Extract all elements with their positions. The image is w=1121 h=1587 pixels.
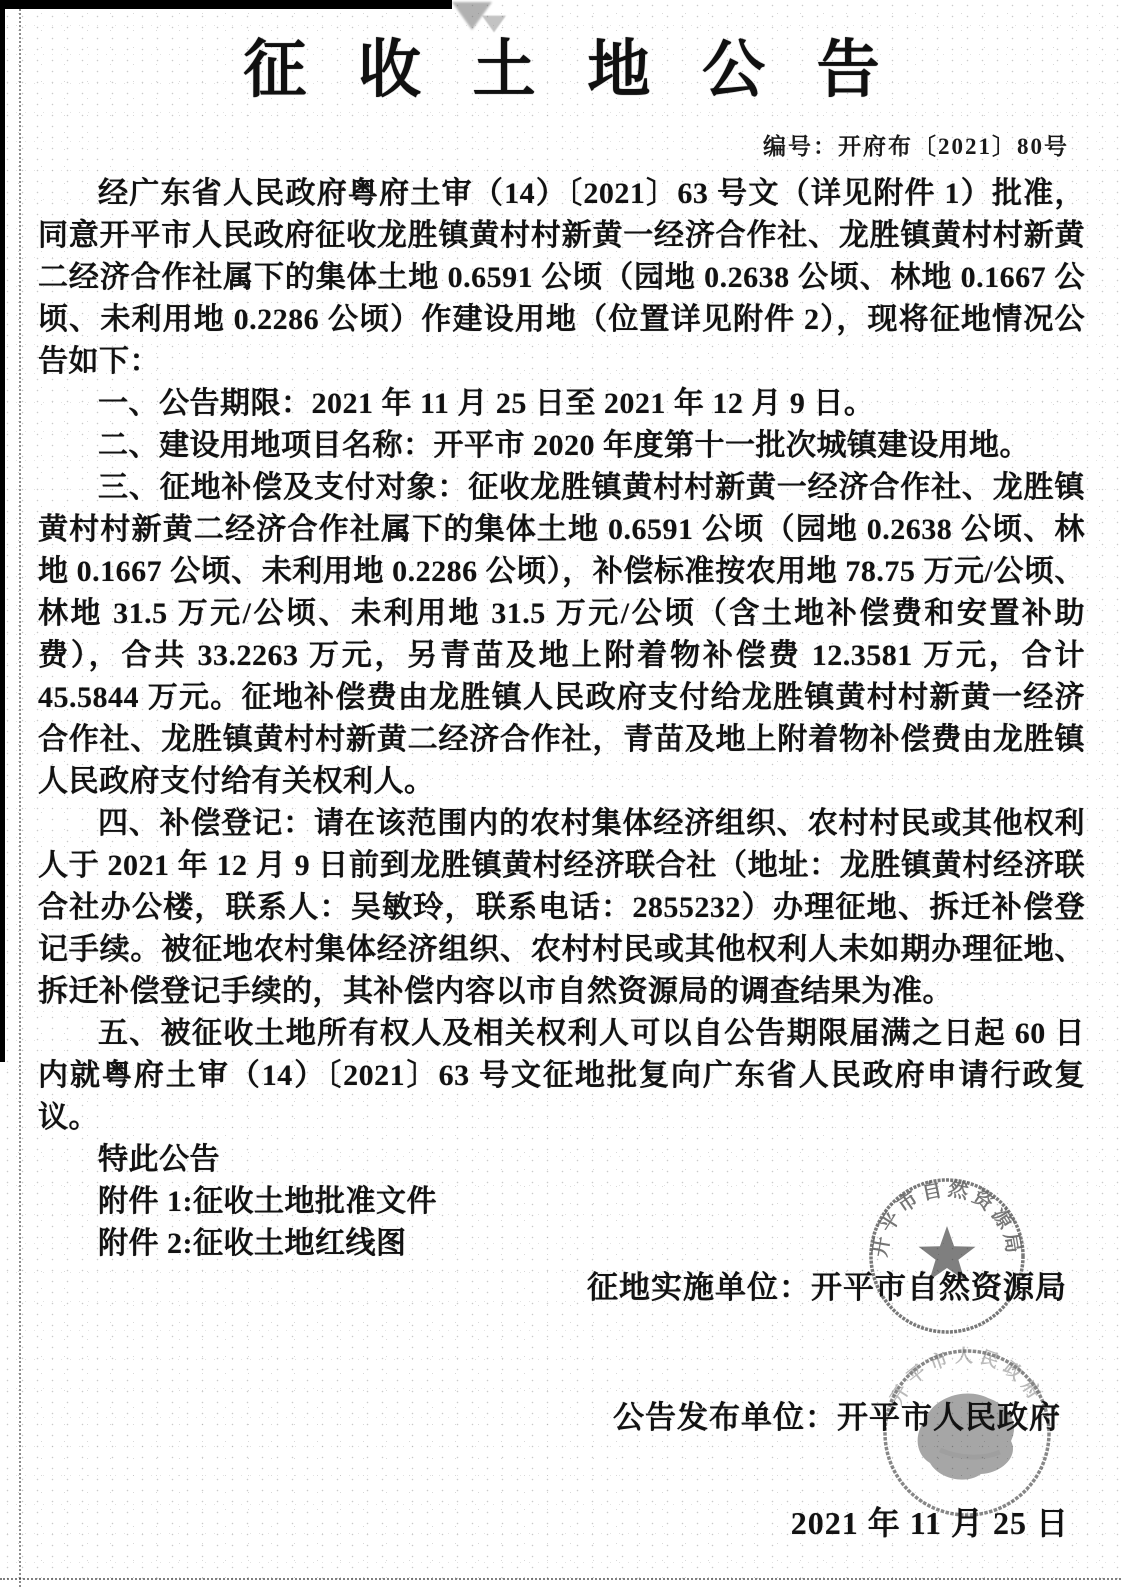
document-body: 经广东省人民政府粤府土审（14）〔2021〕63 号文（详见附件 1）批准，同意… xyxy=(38,173,1085,1265)
announcement-date: 2021 年 11 月 25 日 xyxy=(791,1498,1069,1544)
bottom-dotted-guide xyxy=(0,1578,1121,1580)
scan-edge-left-bar xyxy=(0,0,5,1062)
natural-resources-bureau-seal-icon: 开平市自然资源局 xyxy=(866,1168,1028,1346)
body-paragraph-item4: 四、补偿登记：请在该范围内的农村集体经济组织、农村村民或其他权利人于 2021 … xyxy=(38,803,1085,1013)
body-paragraph-item3: 三、征地补偿及支付对象：征收龙胜镇黄村村新黄一经济合作社、龙胜镇黄村村新黄二经济… xyxy=(38,467,1085,803)
body-paragraph-item5: 五、被征收土地所有权人及相关权利人可以自公告期限届满之日起 60 日内就粤府土审… xyxy=(38,1013,1085,1139)
scan-smudge-mark xyxy=(482,16,506,33)
body-paragraph-intro: 经广东省人民政府粤府土审（14）〔2021〕63 号文（详见附件 1）批准，同意… xyxy=(38,173,1085,383)
body-paragraph-item2: 二、建设用地项目名称：开平市 2020 年度第十一批次城镇建设用地。 xyxy=(38,425,1085,467)
document-number: 编号：开府布〔2021〕80号 xyxy=(38,128,1069,161)
publishing-unit-line: 公告发布单位：开平市人民政府 xyxy=(613,1392,1061,1437)
implementing-unit-line: 征地实施单位：开平市自然资源局 xyxy=(587,1262,1067,1307)
document-title: 征收土地公告 xyxy=(90,34,1085,106)
scanned-announcement-page: 征收土地公告 编号：开府布〔2021〕80号 经广东省人民政府粤府土审（14）〔… xyxy=(0,0,1121,1587)
document-content: 征收土地公告 编号：开府布〔2021〕80号 经广东省人民政府粤府土审（14）〔… xyxy=(38,34,1085,1265)
left-dotted-guide xyxy=(19,0,21,1587)
body-paragraph-item1: 一、公告期限：2021 年 11 月 25 日至 2021 年 12 月 9 日… xyxy=(38,383,1085,425)
scan-edge-top-bar xyxy=(0,0,452,9)
